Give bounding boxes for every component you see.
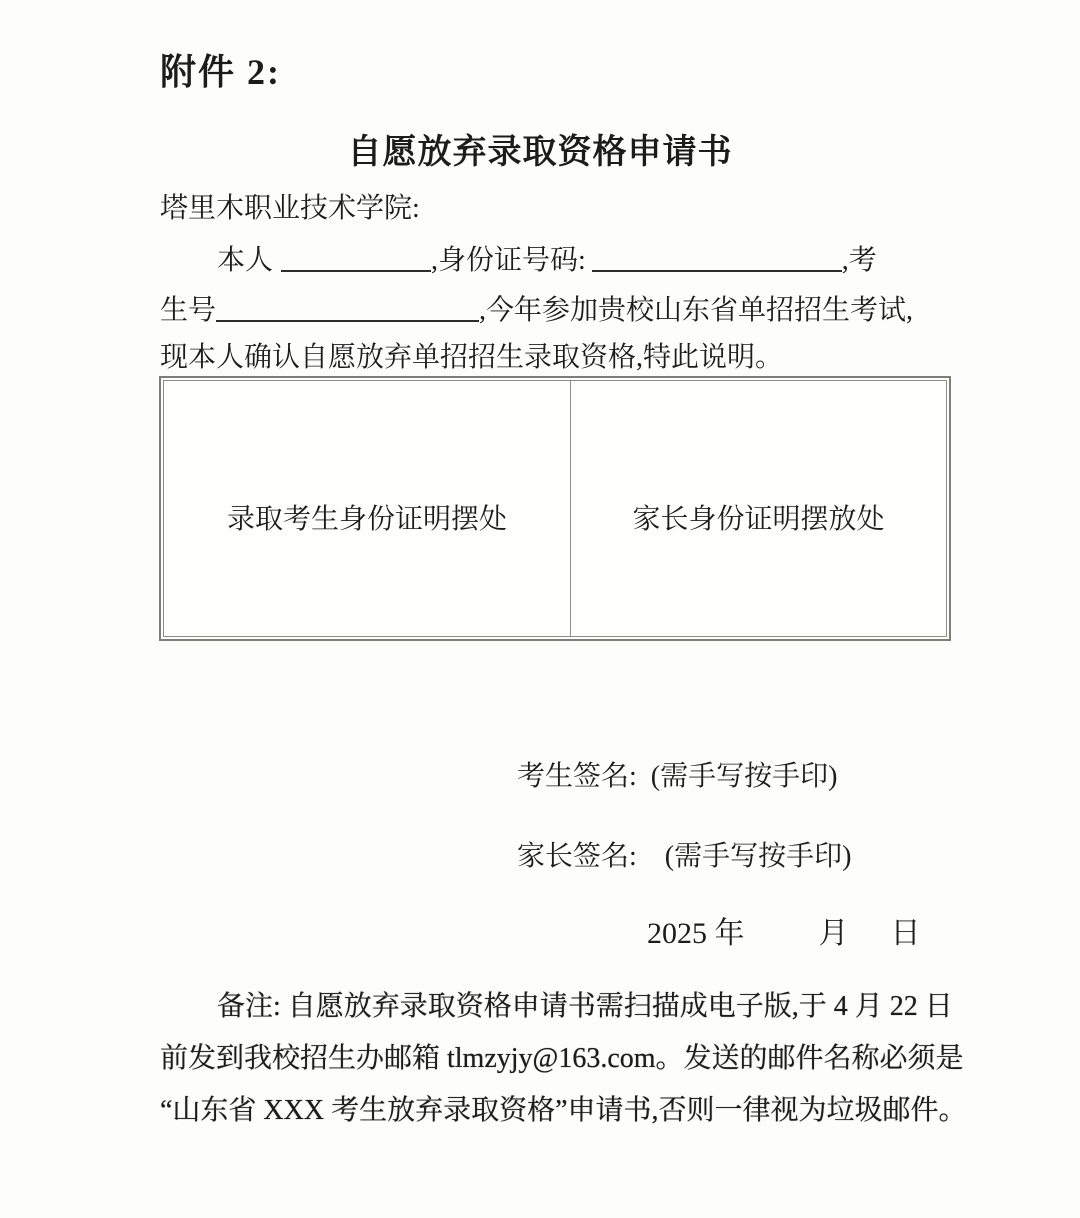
- body-text: ,身份证号码:: [431, 245, 586, 276]
- parent-id-proof-box: 家长身份证明摆放处: [571, 380, 947, 637]
- salutation: 塔里木职业技术学院:: [160, 186, 420, 226]
- candidate-id-proof-box-label: 录取考生身份证明摆处: [227, 497, 507, 537]
- attachment-label: 附件 2:: [160, 44, 281, 95]
- body-text: ,今年参加贵校山东省单招招生考试,: [479, 295, 913, 326]
- date-month: 月: [819, 917, 849, 950]
- parent-id-proof-box-label: 家长身份证明摆放处: [633, 497, 885, 537]
- application-form-page: 附件 2: 自愿放弃录取资格申请书 塔里木职业技术学院: 本人,身份证号码:,考…: [0, 0, 1080, 1218]
- date-line: 2025 年月日: [647, 908, 921, 952]
- body-paragraph-line-1: 本人,身份证号码:,考: [160, 238, 877, 278]
- candidate-signature-label: 考生签名:: [517, 761, 637, 792]
- body-text: 生号: [160, 295, 216, 326]
- candidate-id-proof-box: 录取考生身份证明摆处: [163, 380, 571, 637]
- remark-line-2: 前发到我校招生办邮箱 tlmzyjy@163.com。发送的邮件名称必须是: [160, 1036, 964, 1076]
- body-paragraph-line-2: 生号,今年参加贵校山东省单招招生考试,: [160, 288, 913, 328]
- body-paragraph-line-3: 现本人确认自愿放弃单招招生录取资格,特此说明。: [160, 335, 783, 375]
- page-title: 自愿放弃录取资格申请书: [0, 124, 1080, 173]
- date-day: 日: [891, 917, 921, 950]
- candidate-number-blank-field: [216, 292, 479, 322]
- remark-line-1: 备注: 自愿放弃录取资格申请书需扫描成电子版,于 4 月 22 日: [160, 984, 953, 1024]
- id-proof-table: 录取考生身份证明摆处 家长身份证明摆放处: [159, 376, 951, 641]
- body-text: 本人: [217, 245, 273, 276]
- candidate-signature-hint: (需手写按手印): [651, 761, 838, 792]
- id-proof-table-row: 录取考生身份证明摆处 家长身份证明摆放处: [163, 380, 947, 637]
- date-year: 2025 年: [647, 917, 745, 950]
- candidate-signature-line: 考生签名:(需手写按手印): [517, 754, 837, 794]
- parent-signature-label: 家长签名:: [517, 841, 637, 872]
- name-blank-field: [281, 242, 431, 272]
- parent-signature-hint: (需手写按手印): [665, 841, 852, 872]
- id-number-blank-field: [592, 242, 842, 272]
- body-text: ,考: [842, 245, 877, 276]
- remark-line-3: “山东省 XXX 考生放弃录取资格”申请书,否则一律视为垃圾邮件。: [160, 1088, 967, 1128]
- parent-signature-line: 家长签名:(需手写按手印): [517, 834, 851, 874]
